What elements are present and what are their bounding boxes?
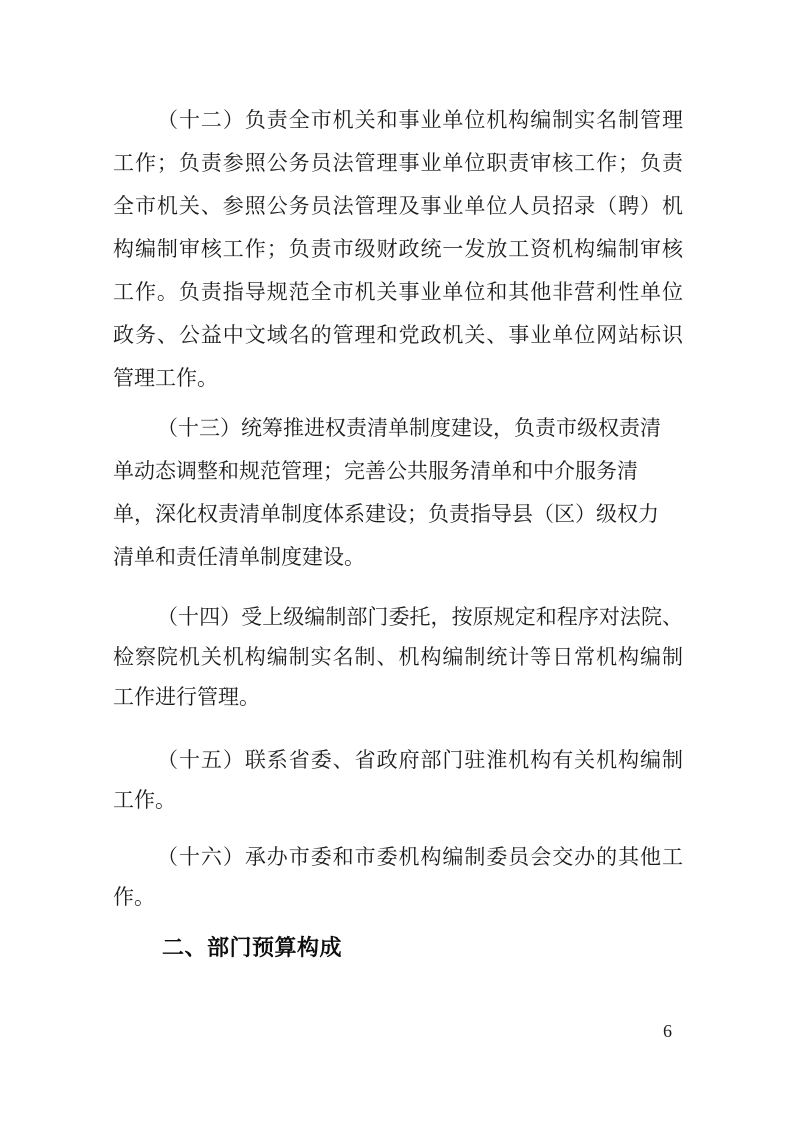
text-line: （十六）承办市委和市委机构编制委员会交办的其他工	[113, 837, 683, 877]
text-line: 单动态调整和规范管理；完善公共服务清单和中介服务清	[113, 450, 683, 493]
text-line: 构编制审核工作；负责市级财政统一发放工资机构编制审核	[113, 228, 683, 271]
document-page: （十二）负责全市机关和事业单位机构编制实名制管理 工作；负责参照公务员法管理事业…	[0, 0, 793, 1122]
text-line: （十二）负责全市机关和事业单位机构编制实名制管理	[113, 99, 683, 142]
paragraph-item-15: （十五）联系省委、省政府部门驻淮机构有关机构编制 工作。	[113, 740, 683, 820]
text-line: 全市机关、参照公务员法管理及事业单位人员招录（聘）机	[113, 185, 683, 228]
page-number: 6	[663, 1022, 672, 1040]
text-line: 单，深化权责清单制度体系建设；负责指导县（区）级权力	[113, 493, 683, 536]
text-line: 作。	[113, 877, 683, 917]
text-line: 工作。	[113, 780, 683, 820]
text-line: 管理工作。	[113, 357, 683, 400]
text-line: （十四）受上级编制部门委托，按原规定和程序对法院、	[113, 597, 683, 637]
paragraph-item-16: （十六）承办市委和市委机构编制委员会交办的其他工 作。	[113, 837, 683, 917]
paragraph-item-12: （十二）负责全市机关和事业单位机构编制实名制管理 工作；负责参照公务员法管理事业…	[113, 99, 683, 400]
text-line: 工作进行管理。	[113, 677, 683, 717]
paragraph-item-14: （十四）受上级编制部门委托，按原规定和程序对法院、 检察院机关机构编制实名制、机…	[113, 597, 683, 717]
section-heading: 二、部门预算构成	[162, 932, 342, 964]
text-line: （十五）联系省委、省政府部门驻淮机构有关机构编制	[113, 740, 683, 780]
paragraph-item-13: （十三）统筹推进权责清单制度建设，负责市级权责清 单动态调整和规范管理；完善公共…	[113, 407, 683, 579]
text-line: 清单和责任清单制度建设。	[113, 536, 683, 579]
text-line: 工作；负责参照公务员法管理事业单位职责审核工作；负责	[113, 142, 683, 185]
text-line: （十三）统筹推进权责清单制度建设，负责市级权责清	[113, 407, 683, 450]
text-line: 工作。负责指导规范全市机关事业单位和其他非营利性单位	[113, 271, 683, 314]
text-line: 检察院机关机构编制实名制、机构编制统计等日常机构编制	[113, 637, 683, 677]
text-line: 政务、公益中文域名的管理和党政机关、事业单位网站标识	[113, 314, 683, 357]
